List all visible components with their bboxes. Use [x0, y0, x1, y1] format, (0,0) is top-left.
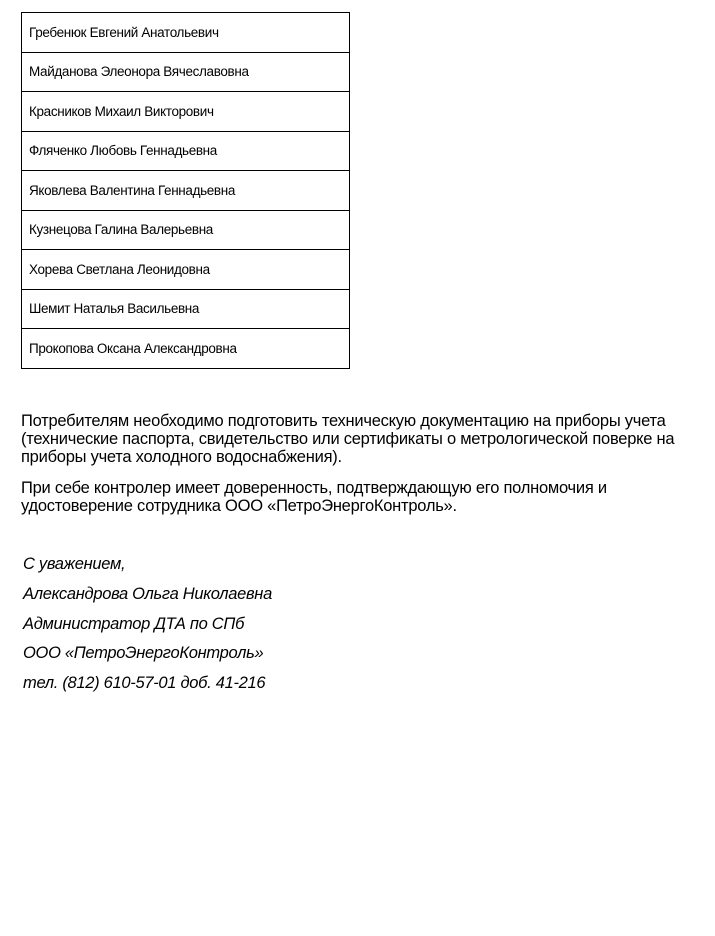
table-row: Хорева Светлана Леонидовна [22, 250, 349, 290]
table-row: Майданова Элеонора Вячеславовна [22, 53, 349, 93]
table-row: Фляченко Любовь Геннадьевна [22, 132, 349, 172]
table-row: Гребенюк Евгений Анатольевич [22, 13, 349, 53]
documentation-paragraph: Потребителям необходимо подготовить техн… [21, 412, 711, 466]
credentials-paragraph: При себе контролер имеет доверенность, п… [21, 479, 711, 515]
table-row: Прокопова Оксана Александровна [22, 329, 349, 369]
signer-name: Александрова Ольга Николаевна [23, 582, 272, 612]
table-row: Яковлева Валентина Геннадьевна [22, 171, 349, 211]
signature-block: С уважением, Александрова Ольга Николаев… [23, 552, 272, 701]
closing: С уважением, [23, 552, 272, 582]
controllers-table: Гребенюк Евгений Анатольевич Майданова Э… [21, 12, 350, 369]
table-row: Красников Михаил Викторович [22, 92, 349, 132]
signer-position: Администратор ДТА по СПб [23, 612, 272, 642]
table-row: Шемит Наталья Васильевна [22, 290, 349, 330]
company-name: ООО «ПетроЭнергоКонтроль» [23, 641, 272, 671]
table-row: Кузнецова Галина Валерьевна [22, 211, 349, 251]
phone: тел. (812) 610-57-01 доб. 41-216 [23, 671, 272, 701]
